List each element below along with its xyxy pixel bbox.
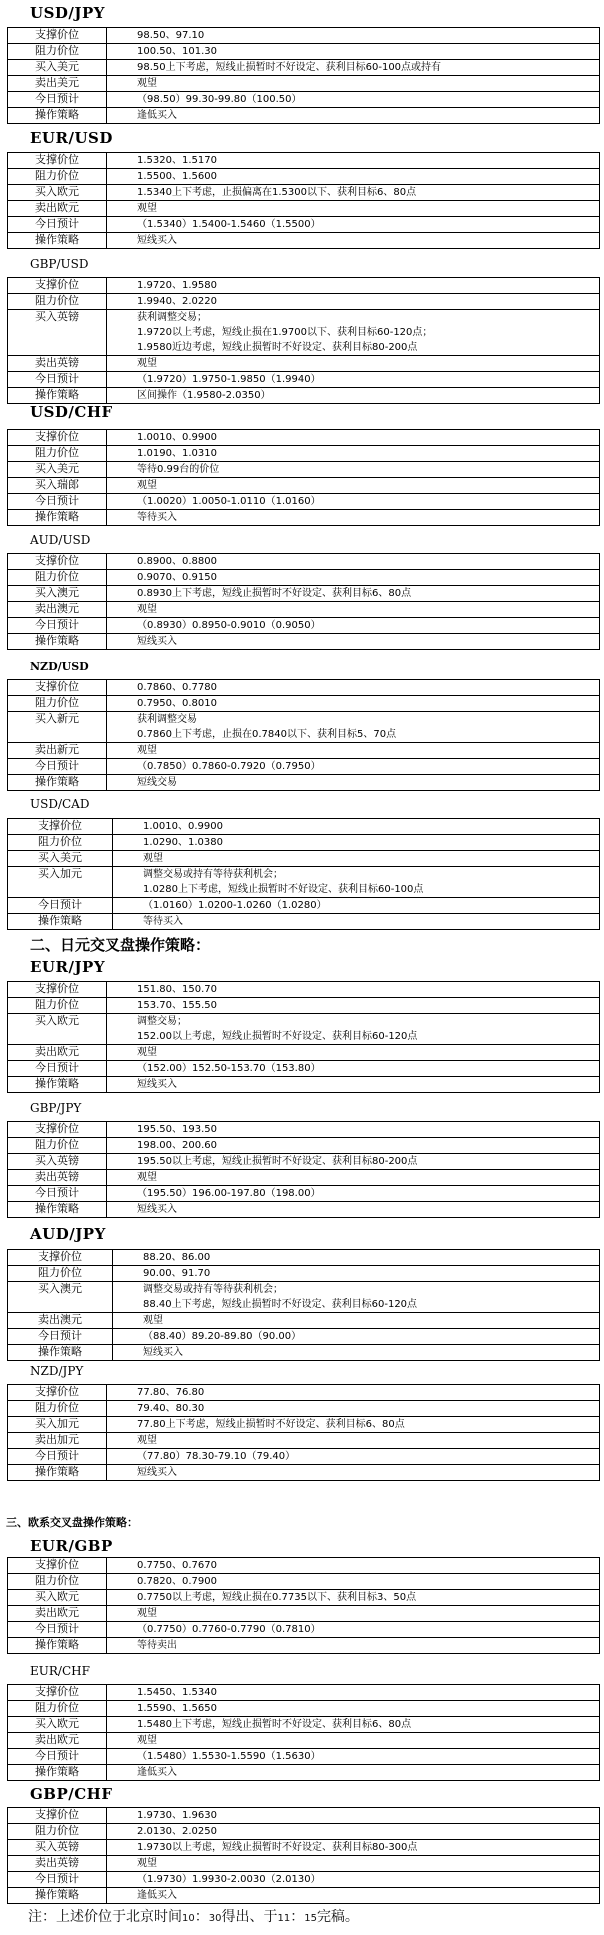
strategy-table-gbpjpy: 支撑价位195.50、193.50 阻力价位198.00、200.60 买入英镑… <box>7 1121 600 1218</box>
row-label: 操作策略 <box>8 233 107 249</box>
row-label: 操作策略 <box>8 388 107 404</box>
note-separator: ： <box>290 1909 304 1925</box>
row-label: 买入欧元 <box>8 1014 107 1045</box>
row-value: 1.9720、1.9580 <box>137 278 599 293</box>
row-label: 卖出美元 <box>8 76 107 92</box>
row-label: 买入加元 <box>8 867 113 898</box>
row-value: 等待0.99台的价位 <box>137 462 599 477</box>
table-row: 阻力价位1.9940、2.0220 <box>8 294 600 310</box>
row-label: 今日预计 <box>8 1186 107 1202</box>
row-value: 77.80上下考虑，短线止损暂时不好设定、获利目标6、80点 <box>137 1417 599 1432</box>
row-value: 1.5480上下考虑，短线止损暂时不好设定、获利目标6、80点 <box>137 1717 599 1732</box>
row-label: 阻力价位 <box>8 696 107 712</box>
row-label: 买入英镑 <box>8 1154 107 1170</box>
row-value: 逢低买入 <box>137 108 599 123</box>
table-row: 阻力价位1.0190、1.0310 <box>8 446 600 462</box>
row-value: 观望 <box>137 201 599 216</box>
row-label: 卖出欧元 <box>8 1606 107 1622</box>
table-row: 卖出英镑观望 <box>8 356 600 372</box>
table-row: 今日预计（1.0020）1.0050-1.0110（1.0160） <box>8 494 600 510</box>
row-label: 阻力价位 <box>8 294 107 310</box>
row-value: 观望 <box>137 1045 599 1060</box>
row-value-line: 1.9720以上考虑，短线止损在1.9700以下、获利目标60-120点； <box>137 325 599 340</box>
row-value: （195.50）196.00-197.80（198.00） <box>137 1186 599 1201</box>
row-value: 等待买入 <box>137 510 599 525</box>
row-label: 支撑价位 <box>8 278 107 294</box>
table-row: 卖出英镑观望 <box>8 1170 600 1186</box>
row-label: 支撑价位 <box>8 680 107 696</box>
note-time: 11 <box>277 1913 290 1924</box>
row-label: 买入美元 <box>8 851 113 867</box>
pair-title-eurjpy: EUR/JPY <box>30 958 105 976</box>
table-row: 阻力价位0.7950、0.8010 <box>8 696 600 712</box>
row-value: （0.7850）0.7860-0.7920（0.7950） <box>137 759 599 774</box>
row-label: 操作策略 <box>8 1888 107 1904</box>
table-row: 支撑价位151.80、150.70 <box>8 982 600 998</box>
row-label: 操作策略 <box>8 510 107 526</box>
row-label: 阻力价位 <box>8 1701 107 1717</box>
row-value-line: 获利调整交易 <box>137 712 599 727</box>
table-row: 买入欧元1.5480上下考虑，短线止损暂时不好设定、获利目标6、80点 <box>8 1717 600 1733</box>
table-row: 操作策略短线买入 <box>8 1077 600 1093</box>
strategy-table-eurusd: 支撑价位1.5320、1.5170 阻力价位1.5500、1.5600 买入欧元… <box>7 152 600 249</box>
table-row: 今日预计（195.50）196.00-197.80（198.00） <box>8 1186 600 1202</box>
strategy-table-usdcad: 支撑价位1.0010、0.9900 阻力价位1.0290、1.0380 买入美元… <box>7 818 600 930</box>
table-row: 阻力价位0.7820、0.7900 <box>8 1574 600 1590</box>
table-row: 阻力价位1.0290、1.0380 <box>8 835 600 851</box>
row-label: 阻力价位 <box>8 1266 113 1282</box>
table-row: 今日预计（98.50）99.30-99.80（100.50） <box>8 92 600 108</box>
row-label: 买入美元 <box>8 462 107 478</box>
table-row: 支撑价位1.5450、1.5340 <box>8 1685 600 1701</box>
row-label: 卖出新元 <box>8 743 107 759</box>
row-value: （0.7750）0.7760-0.7790（0.7810） <box>137 1622 599 1637</box>
row-value: 77.80、76.80 <box>137 1385 599 1400</box>
table-row: 操作策略短线买入 <box>8 233 600 249</box>
table-row: 操作策略逢低买入 <box>8 1888 600 1904</box>
strategy-table-audjpy: 支撑价位88.20、86.00 阻力价位90.00、91.70 买入澳元 调整交… <box>7 1249 600 1361</box>
row-value: 90.00、91.70 <box>143 1266 599 1281</box>
row-label: 操作策略 <box>8 108 107 124</box>
row-label: 支撑价位 <box>8 1558 107 1574</box>
row-value: 0.7750以上考虑，短线止损在0.7735以下、获利目标3、50点 <box>137 1590 599 1605</box>
row-label: 买入新元 <box>8 712 107 743</box>
table-row: 今日预计（1.9720）1.9750-1.9850（1.9940） <box>8 372 600 388</box>
table-row: 支撑价位1.5320、1.5170 <box>8 153 600 169</box>
row-value: （1.9730）1.9930-2.0030（2.0130） <box>137 1872 599 1887</box>
pair-title-usdjpy: USD/JPY <box>30 4 105 22</box>
strategy-table-nzdusd: 支撑价位0.7860、0.7780 阻力价位0.7950、0.8010 买入新元… <box>7 679 600 791</box>
row-value: 0.7860、0.7780 <box>137 680 599 695</box>
pair-title-eurchf: EUR/CHF <box>30 1664 90 1678</box>
row-value: 短线买入 <box>137 1077 599 1092</box>
row-label: 支撑价位 <box>8 1808 107 1824</box>
table-row: 今日预计（1.0160）1.0200-1.0260（1.0280） <box>8 898 600 914</box>
row-value: 98.50、97.10 <box>137 28 599 43</box>
table-row: 操作策略等待卖出 <box>8 1638 600 1654</box>
row-value: 1.0290、1.0380 <box>143 835 599 850</box>
row-value: 0.7950、0.8010 <box>137 696 599 711</box>
row-label: 卖出加元 <box>8 1433 107 1449</box>
row-label: 买入英镑 <box>8 1840 107 1856</box>
row-label: 买入欧元 <box>8 1717 107 1733</box>
row-value: 短线买入 <box>137 233 599 248</box>
row-value: 观望 <box>137 743 599 758</box>
note-text: 完稿。 <box>317 1909 359 1925</box>
row-value: 观望 <box>137 602 599 617</box>
row-value: （88.40）89.20-89.80（90.00） <box>143 1329 599 1344</box>
row-label: 今日预计 <box>8 494 107 510</box>
row-label: 支撑价位 <box>8 1250 113 1266</box>
table-row: 阻力价位100.50、101.30 <box>8 44 600 60</box>
row-value: 1.5320、1.5170 <box>137 153 599 168</box>
row-value: 153.70、155.50 <box>137 998 599 1013</box>
table-row: 买入加元 调整交易或持有等待获利机会； 1.0280上下考虑，短线止损暂时不好设… <box>8 867 600 898</box>
table-row: 操作策略等待买入 <box>8 914 600 930</box>
row-value: （77.80）78.30-79.10（79.40） <box>137 1449 599 1464</box>
row-label: 阻力价位 <box>8 169 107 185</box>
strategy-table-gbpusd: 支撑价位1.9720、1.9580 阻力价位1.9940、2.0220 买入英镑… <box>7 277 600 404</box>
row-value: 195.50、193.50 <box>137 1122 599 1137</box>
row-value: 98.50上下考虑，短线止损暂时不好设定、获利目标60-100点或持有 <box>137 60 599 75</box>
table-row: 阻力价位153.70、155.50 <box>8 998 600 1014</box>
table-row: 今日预计（1.9730）1.9930-2.0030（2.0130） <box>8 1872 600 1888</box>
pair-title-eurgbp: EUR/GBP <box>30 1537 113 1555</box>
pair-title-audusd: AUD/USD <box>30 533 90 547</box>
note-separator: ： <box>195 1909 209 1925</box>
strategy-table-eurjpy: 支撑价位151.80、150.70 阻力价位153.70、155.50 买入欧元… <box>7 981 600 1093</box>
row-value: 观望 <box>137 478 599 493</box>
row-value: 79.40、80.30 <box>137 1401 599 1416</box>
row-value: 0.7750、0.7670 <box>137 1558 599 1573</box>
row-value: 1.0190、1.0310 <box>137 446 599 461</box>
row-label: 操作策略 <box>8 914 113 930</box>
row-label: 支撑价位 <box>8 554 107 570</box>
section-heading-jpy-crosses: 二、日元交叉盘操作策略： <box>30 934 210 955</box>
table-row: 买入澳元 调整交易或持有等待获利机会； 88.40上下考虑，短线止损暂时不好设定… <box>8 1282 600 1313</box>
table-row: 买入新元 获利调整交易 0.7860上下考虑，止损在0.7840以下、获利目标5… <box>8 712 600 743</box>
table-row: 买入欧元0.7750以上考虑，短线止损在0.7735以下、获利目标3、50点 <box>8 1590 600 1606</box>
table-row: 阻力价位90.00、91.70 <box>8 1266 600 1282</box>
table-row: 卖出美元观望 <box>8 76 600 92</box>
table-row: 操作策略短线买入 <box>8 1465 600 1481</box>
row-label: 阻力价位 <box>8 998 107 1014</box>
note-text: 注：上述价位于北京时间 <box>28 1909 182 1925</box>
table-row: 阻力价位79.40、80.30 <box>8 1401 600 1417</box>
row-label: 操作策略 <box>8 1638 107 1654</box>
row-value-line: 调整交易或持有等待获利机会； <box>143 867 599 882</box>
row-label: 阻力价位 <box>8 446 107 462</box>
row-label: 卖出英镑 <box>8 1170 107 1186</box>
row-value: 区间操作（1.9580-2.0350） <box>137 388 599 403</box>
table-row: 今日预计（1.5480）1.5530-1.5590（1.5630） <box>8 1749 600 1765</box>
row-value: 0.8900、0.8800 <box>137 554 599 569</box>
row-label: 阻力价位 <box>8 835 113 851</box>
row-value: 短线买入 <box>137 634 599 649</box>
row-value: 1.5500、1.5600 <box>137 169 599 184</box>
table-row: 阻力价位198.00、200.60 <box>8 1138 600 1154</box>
table-row: 操作策略等待买入 <box>8 510 600 526</box>
row-label: 今日预计 <box>8 1061 107 1077</box>
row-value-line: 调整交易或持有等待获利机会； <box>143 1282 599 1297</box>
table-row: 支撑价位77.80、76.80 <box>8 1385 600 1401</box>
row-value: （1.0160）1.0200-1.0260（1.0280） <box>143 898 599 913</box>
row-value: 观望 <box>137 1856 599 1871</box>
table-row: 买入瑞郎观望 <box>8 478 600 494</box>
table-row: 阻力价位0.9070、0.9150 <box>8 570 600 586</box>
row-value: （1.9720）1.9750-1.9850（1.9940） <box>137 372 599 387</box>
pair-title-nzdjpy: NZD/JPY <box>30 1364 83 1378</box>
row-label: 卖出欧元 <box>8 201 107 217</box>
row-label: 买入欧元 <box>8 185 107 201</box>
row-label: 操作策略 <box>8 634 107 650</box>
row-value: （1.5340）1.5400-1.5460（1.5500） <box>137 217 599 232</box>
row-value: 1.9730、1.9630 <box>137 1808 599 1823</box>
row-value: （98.50）99.30-99.80（100.50） <box>137 92 599 107</box>
row-value: （1.5480）1.5530-1.5590（1.5630） <box>137 1749 599 1764</box>
row-value: 100.50、101.30 <box>137 44 599 59</box>
row-value: 观望 <box>137 1170 599 1185</box>
row-label: 今日预计 <box>8 759 107 775</box>
row-label: 买入英镑 <box>8 310 107 356</box>
row-value-line: 152.00以上考虑，短线止损暂时不好设定、获利目标60-120点 <box>137 1029 599 1044</box>
table-row: 卖出新元观望 <box>8 743 600 759</box>
table-row: 支撑价位195.50、193.50 <box>8 1122 600 1138</box>
row-value: 1.5450、1.5340 <box>137 1685 599 1700</box>
row-value: 0.8930上下考虑，短线止损暂时不好设定、获利目标6、80点 <box>137 586 599 601</box>
table-row: 操作策略逢低买入 <box>8 1765 600 1781</box>
table-row: 操作策略短线买入 <box>8 634 600 650</box>
row-label: 今日预计 <box>8 1749 107 1765</box>
table-row: 支撑价位1.0010、0.9900 <box>8 430 600 446</box>
table-row: 今日预计（88.40）89.20-89.80（90.00） <box>8 1329 600 1345</box>
row-value: （152.00）152.50-153.70（153.80） <box>137 1061 599 1076</box>
row-value: 观望 <box>137 76 599 91</box>
table-row: 操作策略区间操作（1.9580-2.0350） <box>8 388 600 404</box>
table-row: 今日预计（1.5340）1.5400-1.5460（1.5500） <box>8 217 600 233</box>
row-value: 2.0130、2.0250 <box>137 1824 599 1839</box>
row-label: 今日预计 <box>8 1622 107 1638</box>
row-value: 短线交易 <box>137 775 599 790</box>
table-row: 阻力价位1.5590、1.5650 <box>8 1701 600 1717</box>
table-row: 支撑价位1.9730、1.9630 <box>8 1808 600 1824</box>
table-row: 买入英镑 获利调整交易； 1.9720以上考虑，短线止损在1.9700以下、获利… <box>8 310 600 356</box>
table-row: 买入澳元0.8930上下考虑，短线止损暂时不好设定、获利目标6、80点 <box>8 586 600 602</box>
row-label: 阻力价位 <box>8 1401 107 1417</box>
table-row: 操作策略短线买入 <box>8 1345 600 1361</box>
row-value: 短线买入 <box>137 1202 599 1217</box>
row-value: 0.7820、0.7900 <box>137 1574 599 1589</box>
table-row: 今日预计（0.8930）0.8950-0.9010（0.9050） <box>8 618 600 634</box>
row-value: 1.9940、2.0220 <box>137 294 599 309</box>
table-row: 买入欧元 调整交易； 152.00以上考虑，短线止损暂时不好设定、获利目标60-… <box>8 1014 600 1045</box>
row-label: 卖出欧元 <box>8 1733 107 1749</box>
table-row: 卖出欧元观望 <box>8 1606 600 1622</box>
pair-title-eurusd: EUR/USD <box>30 129 113 147</box>
row-value: 0.9070、0.9150 <box>137 570 599 585</box>
row-label: 阻力价位 <box>8 44 107 60</box>
row-value: 等待买入 <box>143 914 599 929</box>
pair-title-usdcad: USD/CAD <box>30 797 89 811</box>
row-label: 卖出澳元 <box>8 1313 113 1329</box>
table-row: 卖出澳元观望 <box>8 602 600 618</box>
table-row: 支撑价位0.7860、0.7780 <box>8 680 600 696</box>
row-value: 观望 <box>137 1733 599 1748</box>
row-label: 阻力价位 <box>8 1574 107 1590</box>
row-label: 支撑价位 <box>8 1685 107 1701</box>
row-label: 买入欧元 <box>8 1590 107 1606</box>
row-value: 观望 <box>143 1313 599 1328</box>
row-value: 等待卖出 <box>137 1638 599 1653</box>
table-row: 买入美元98.50上下考虑，短线止损暂时不好设定、获利目标60-100点或持有 <box>8 60 600 76</box>
row-label: 今日预计 <box>8 1449 107 1465</box>
row-label: 支撑价位 <box>8 153 107 169</box>
row-label: 买入澳元 <box>8 1282 113 1313</box>
row-label: 今日预计 <box>8 1329 113 1345</box>
strategy-table-gbpchf: 支撑价位1.9730、1.9630 阻力价位2.0130、2.0250 买入英镑… <box>7 1807 600 1904</box>
row-value: 短线买入 <box>143 1345 599 1360</box>
row-label: 操作策略 <box>8 1765 107 1781</box>
row-label: 今日预计 <box>8 92 107 108</box>
table-row: 阻力价位2.0130、2.0250 <box>8 1824 600 1840</box>
row-label: 卖出英镑 <box>8 1856 107 1872</box>
row-value-line: 88.40上下考虑，短线止损暂时不好设定、获利目标60-120点 <box>143 1297 599 1312</box>
table-row: 卖出欧元观望 <box>8 201 600 217</box>
table-row: 今日预计（0.7750）0.7760-0.7790（0.7810） <box>8 1622 600 1638</box>
table-row: 今日预计（77.80）78.30-79.10（79.40） <box>8 1449 600 1465</box>
table-row: 支撑价位0.7750、0.7670 <box>8 1558 600 1574</box>
row-value: 151.80、150.70 <box>137 982 599 997</box>
row-value: 88.20、86.00 <box>143 1250 599 1265</box>
row-label: 今日预计 <box>8 898 113 914</box>
row-value: 观望 <box>137 356 599 371</box>
row-label: 操作策略 <box>8 1345 113 1361</box>
row-value: 观望 <box>143 851 599 866</box>
row-label: 支撑价位 <box>8 819 113 835</box>
table-row: 今日预计（152.00）152.50-153.70（153.80） <box>8 1061 600 1077</box>
table-row: 卖出欧元观望 <box>8 1733 600 1749</box>
row-value-line: 调整交易； <box>137 1014 599 1029</box>
row-label: 操作策略 <box>8 1202 107 1218</box>
strategy-table-usdjpy: 支撑价位98.50、97.10 阻力价位100.50、101.30 买入美元98… <box>7 27 600 124</box>
row-value: 1.5340上下考虑，止损偏离在1.5300以下、获利目标6、80点 <box>137 185 599 200</box>
row-value: 观望 <box>137 1433 599 1448</box>
table-row: 买入英镑1.9730以上考虑，短线止损暂时不好设定、获利目标80-300点 <box>8 1840 600 1856</box>
row-label: 卖出英镑 <box>8 356 107 372</box>
row-value: （1.0020）1.0050-1.0110（1.0160） <box>137 494 599 509</box>
row-value: 1.5590、1.5650 <box>137 1701 599 1716</box>
row-value-line: 获利调整交易； <box>137 310 599 325</box>
note-time: 10 <box>182 1913 195 1924</box>
pair-title-audjpy: AUD/JPY <box>30 1225 106 1243</box>
row-value: 短线买入 <box>137 1465 599 1480</box>
table-row: 买入美元等待0.99台的价位 <box>8 462 600 478</box>
table-row: 买入美元观望 <box>8 851 600 867</box>
table-row: 买入英镑195.50以上考虑，短线止损暂时不好设定、获利目标80-200点 <box>8 1154 600 1170</box>
row-label: 今日预计 <box>8 217 107 233</box>
table-row: 今日预计（0.7850）0.7860-0.7920（0.7950） <box>8 759 600 775</box>
row-value: 逢低买入 <box>137 1888 599 1903</box>
row-value: 逢低买入 <box>137 1765 599 1780</box>
row-label: 支撑价位 <box>8 1122 107 1138</box>
row-value: 198.00、200.60 <box>137 1138 599 1153</box>
row-value: 1.0010、0.9900 <box>143 819 599 834</box>
row-label: 卖出欧元 <box>8 1045 107 1061</box>
row-label: 买入美元 <box>8 60 107 76</box>
row-value-line: 1.9580近边考虑，短线止损暂时不好设定、获利目标80-200点 <box>137 340 599 355</box>
table-row: 买入欧元1.5340上下考虑，止损偏离在1.5300以下、获利目标6、80点 <box>8 185 600 201</box>
row-label: 支撑价位 <box>8 982 107 998</box>
footnote: 注：上述价位于北京时间10：30得出、于11：15完稿。 <box>28 1906 359 1926</box>
row-label: 今日预计 <box>8 618 107 634</box>
note-time: 30 <box>209 1913 222 1924</box>
strategy-table-eurgbp: 支撑价位0.7750、0.7670 阻力价位0.7820、0.7900 买入欧元… <box>7 1557 600 1654</box>
table-row: 操作策略短线交易 <box>8 775 600 791</box>
row-value-line: 0.7860上下考虑，止损在0.7840以下、获利目标5、70点 <box>137 727 599 742</box>
table-row: 支撑价位98.50、97.10 <box>8 28 600 44</box>
row-label: 支撑价位 <box>8 430 107 446</box>
row-value: 195.50以上考虑，短线止损暂时不好设定、获利目标80-200点 <box>137 1154 599 1169</box>
pair-title-gbpchf: GBP/CHF <box>30 1785 113 1803</box>
row-label: 操作策略 <box>8 1465 107 1481</box>
strategy-table-eurchf: 支撑价位1.5450、1.5340 阻力价位1.5590、1.5650 买入欧元… <box>7 1684 600 1781</box>
row-label: 买入澳元 <box>8 586 107 602</box>
row-label: 今日预计 <box>8 1872 107 1888</box>
strategy-table-audusd: 支撑价位0.8900、0.8800 阻力价位0.9070、0.9150 买入澳元… <box>7 553 600 650</box>
row-label: 操作策略 <box>8 775 107 791</box>
pair-title-nzdusd: NZD/USD <box>30 660 89 673</box>
table-row: 阻力价位1.5500、1.5600 <box>8 169 600 185</box>
section-heading-eur-crosses: 三、欧系交叉盘操作策略： <box>6 1514 138 1530</box>
row-value: 1.0010、0.9900 <box>137 430 599 445</box>
table-row: 支撑价位88.20、86.00 <box>8 1250 600 1266</box>
strategy-table-usdchf: 支撑价位1.0010、0.9900 阻力价位1.0190、1.0310 买入美元… <box>7 429 600 526</box>
row-label: 阻力价位 <box>8 1138 107 1154</box>
table-row: 卖出澳元观望 <box>8 1313 600 1329</box>
table-row: 操作策略短线买入 <box>8 1202 600 1218</box>
table-row: 操作策略逢低买入 <box>8 108 600 124</box>
table-row: 卖出英镑观望 <box>8 1856 600 1872</box>
note-text: 得出、于 <box>221 1909 277 1925</box>
table-row: 支撑价位1.9720、1.9580 <box>8 278 600 294</box>
row-value: 观望 <box>137 1606 599 1621</box>
pair-title-usdchf: USD/CHF <box>30 403 113 421</box>
pair-title-gbpusd: GBP/USD <box>30 257 88 271</box>
table-row: 支撑价位0.8900、0.8800 <box>8 554 600 570</box>
strategy-table-nzdjpy: 支撑价位77.80、76.80 阻力价位79.40、80.30 买入加元77.8… <box>7 1384 600 1481</box>
table-row: 卖出欧元观望 <box>8 1045 600 1061</box>
row-value-line: 1.0280上下考虑，短线止损暂时不好设定、获利目标60-100点 <box>143 882 599 897</box>
row-label: 支撑价位 <box>8 1385 107 1401</box>
row-value: （0.8930）0.8950-0.9010（0.9050） <box>137 618 599 633</box>
row-label: 操作策略 <box>8 1077 107 1093</box>
table-row: 卖出加元观望 <box>8 1433 600 1449</box>
row-label: 阻力价位 <box>8 570 107 586</box>
note-time: 15 <box>304 1913 317 1924</box>
pair-title-gbpjpy: GBP/JPY <box>30 1101 81 1115</box>
table-row: 买入加元77.80上下考虑，短线止损暂时不好设定、获利目标6、80点 <box>8 1417 600 1433</box>
row-label: 今日预计 <box>8 372 107 388</box>
row-label: 卖出澳元 <box>8 602 107 618</box>
row-label: 阻力价位 <box>8 1824 107 1840</box>
row-label: 买入瑞郎 <box>8 478 107 494</box>
row-label: 支撑价位 <box>8 28 107 44</box>
row-label: 买入加元 <box>8 1417 107 1433</box>
table-row: 支撑价位1.0010、0.9900 <box>8 819 600 835</box>
row-value: 1.9730以上考虑，短线止损暂时不好设定、获利目标80-300点 <box>137 1840 599 1855</box>
